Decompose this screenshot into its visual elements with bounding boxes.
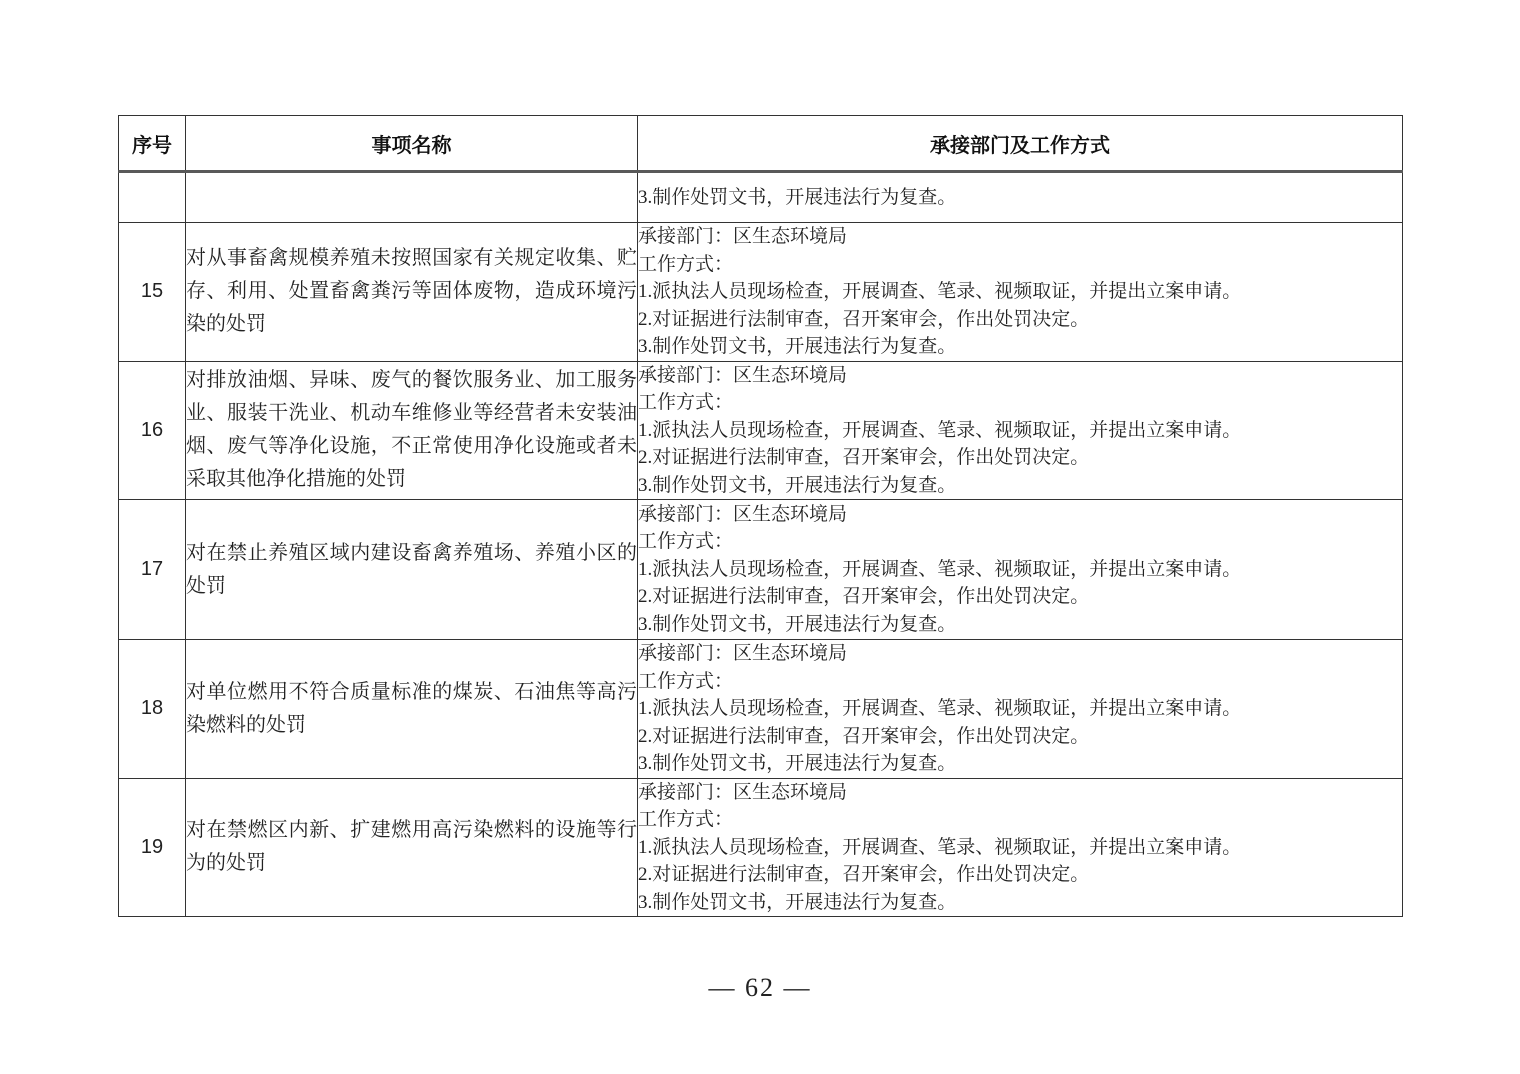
method-line: 2.对证据进行法制审查，召开案审会，作出处罚决定。 (638, 306, 1402, 334)
department-method-cell: 承接部门：区生态环境局工作方式：1.派执法人员现场检查，开展调查、笔录、视频取证… (638, 778, 1403, 917)
table-row-continuation: 3.制作处罚文书，开展违法行为复查。 (119, 172, 1403, 223)
department-method-cell: 3.制作处罚文书，开展违法行为复查。 (638, 172, 1403, 223)
table-row: 17 对在禁止养殖区域内建设畜禽养殖场、养殖小区的处罚 承接部门：区生态环境局工… (119, 500, 1403, 640)
method-line: 1.派执法人员现场检查，开展调查、笔录、视频取证，并提出立案申请。 (638, 556, 1402, 584)
row-serial-number: 18 (119, 640, 186, 779)
document-page: 序号 事项名称 承接部门及工作方式 3.制作处罚文书，开展违法行为复查。 15 … (0, 0, 1520, 1074)
department-method-cell: 承接部门：区生态环境局工作方式：1.派执法人员现场检查，开展调查、笔录、视频取证… (638, 223, 1403, 362)
page-number: — 62 — (0, 972, 1520, 1004)
method-line: 1.派执法人员现场检查，开展调查、笔录、视频取证，并提出立案申请。 (638, 417, 1402, 445)
punishment-items-table: 序号 事项名称 承接部门及工作方式 3.制作处罚文书，开展违法行为复查。 15 … (118, 115, 1403, 917)
method-line: 2.对证据进行法制审查，召开案审会，作出处罚决定。 (638, 583, 1402, 611)
method-line: 2.对证据进行法制审查，召开案审会，作出处罚决定。 (638, 444, 1402, 472)
table-row: 16 对排放油烟、异味、废气的餐饮服务业、加工服务业、服装干洗业、机动车维修业等… (119, 361, 1403, 500)
method-line: 工作方式： (638, 528, 1402, 556)
method-line: 工作方式： (638, 251, 1402, 279)
table-row: 15 对从事畜禽规模养殖未按照国家有关规定收集、贮存、利用、处置畜禽粪污等固体废… (119, 223, 1403, 362)
row-serial-number: 15 (119, 223, 186, 362)
method-line: 2.对证据进行法制审查，召开案审会，作出处罚决定。 (638, 723, 1402, 751)
row-serial-number (119, 172, 186, 223)
method-line: 3.制作处罚文书，开展违法行为复查。 (638, 333, 1402, 361)
method-line: 承接部门：区生态环境局 (638, 640, 1402, 668)
department-method-cell: 承接部门：区生态环境局工作方式：1.派执法人员现场检查，开展调查、笔录、视频取证… (638, 361, 1403, 500)
method-line: 承接部门：区生态环境局 (638, 779, 1402, 807)
method-line: 3.制作处罚文书，开展违法行为复查。 (638, 889, 1402, 917)
item-name-cell: 对从事畜禽规模养殖未按照国家有关规定收集、贮存、利用、处置畜禽粪污等固体废物，造… (186, 223, 638, 362)
table-row: 19 对在禁燃区内新、扩建燃用高污染燃料的设施等行为的处罚 承接部门：区生态环境… (119, 778, 1403, 917)
row-serial-number: 19 (119, 778, 186, 917)
department-method-cell: 承接部门：区生态环境局工作方式：1.派执法人员现场检查，开展调查、笔录、视频取证… (638, 500, 1403, 640)
method-line: 3.制作处罚文书，开展违法行为复查。 (638, 611, 1402, 639)
department-method-cell: 承接部门：区生态环境局工作方式：1.派执法人员现场检查，开展调查、笔录、视频取证… (638, 640, 1403, 779)
item-name-cell: 对单位燃用不符合质量标准的煤炭、石油焦等高污染燃料的处罚 (186, 640, 638, 779)
row-serial-number: 16 (119, 361, 186, 500)
col-header-serial-number: 序号 (119, 116, 186, 172)
method-line: 3.制作处罚文书，开展违法行为复查。 (638, 750, 1402, 778)
item-name-cell: 对在禁燃区内新、扩建燃用高污染燃料的设施等行为的处罚 (186, 778, 638, 917)
item-name-cell: 对排放油烟、异味、废气的餐饮服务业、加工服务业、服装干洗业、机动车维修业等经营者… (186, 361, 638, 500)
row-serial-number: 17 (119, 500, 186, 640)
method-line: 工作方式： (638, 389, 1402, 417)
col-header-item-name: 事项名称 (186, 116, 638, 172)
method-line: 承接部门：区生态环境局 (638, 362, 1402, 390)
method-line: 工作方式： (638, 806, 1402, 834)
table-header-row: 序号 事项名称 承接部门及工作方式 (119, 116, 1403, 172)
method-line: 2.对证据进行法制审查，召开案审会，作出处罚决定。 (638, 861, 1402, 889)
method-line: 1.派执法人员现场检查，开展调查、笔录、视频取证，并提出立案申请。 (638, 834, 1402, 862)
col-header-department-and-method: 承接部门及工作方式 (638, 116, 1403, 172)
method-line: 3.制作处罚文书，开展违法行为复查。 (638, 472, 1402, 500)
method-line: 3.制作处罚文书，开展违法行为复查。 (638, 184, 1402, 212)
table-row: 18 对单位燃用不符合质量标准的煤炭、石油焦等高污染燃料的处罚 承接部门：区生态… (119, 640, 1403, 779)
method-line: 承接部门：区生态环境局 (638, 501, 1402, 529)
method-line: 1.派执法人员现场检查，开展调查、笔录、视频取证，并提出立案申请。 (638, 695, 1402, 723)
method-line: 工作方式： (638, 668, 1402, 696)
method-line: 1.派执法人员现场检查，开展调查、笔录、视频取证，并提出立案申请。 (638, 278, 1402, 306)
item-name-cell (186, 172, 638, 223)
method-line: 承接部门：区生态环境局 (638, 223, 1402, 251)
item-name-cell: 对在禁止养殖区域内建设畜禽养殖场、养殖小区的处罚 (186, 500, 638, 640)
